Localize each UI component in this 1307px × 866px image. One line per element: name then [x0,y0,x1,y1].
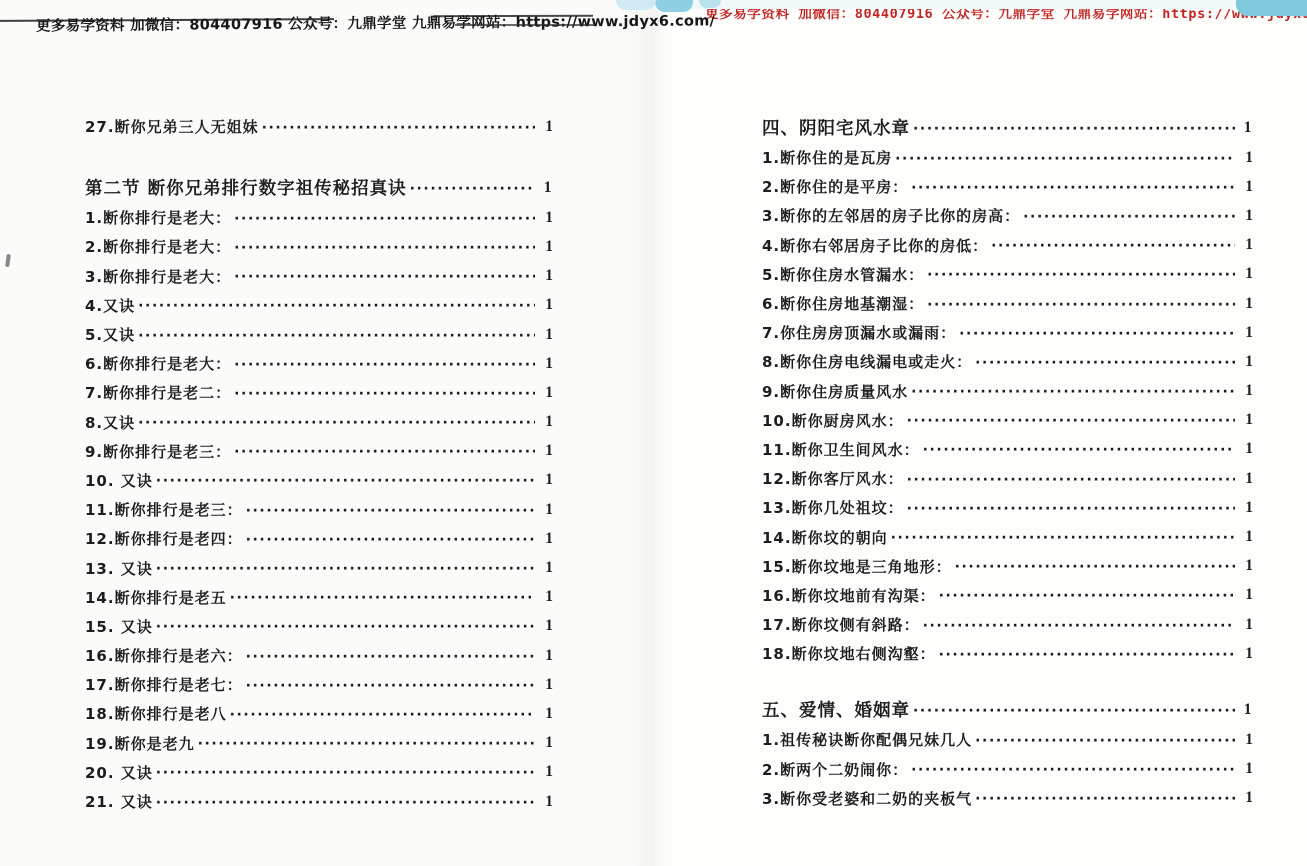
page-number: 1 [1237,528,1253,546]
toc-item: 8.断你住房电线漏电或走火： 1 [762,347,1253,376]
toc-item-label: 11.断你卫生间风水： [762,439,920,460]
page-number: 1 [537,588,553,606]
toc-item: 2.断你住的是平房： 1 [762,172,1253,201]
toc-section-title: 五、爱情、婚姻章 [762,697,910,722]
dot-leader [907,472,1235,488]
toc-item: 13. 又诀 1 [85,553,553,582]
toc-item-label: 12.断你排行是老四： [85,528,243,549]
page-number: 1 [1237,586,1253,604]
toc-item: 16.断你排行是老六： 1 [85,641,553,670]
toc-item-label: 3.断你受老婆和二奶的夹板气 [762,788,972,809]
page-number: 1 [537,179,553,197]
page-number: 1 [1237,207,1253,225]
dot-leader [156,561,535,577]
toc-section-header: 四、阴阳宅风水章 1 [762,112,1253,143]
toc-item: 5.又诀 1 [85,320,553,349]
toc-item-label: 13.断你几处祖坟： [762,497,904,518]
dot-leader [156,619,535,635]
toc-item-label: 11.断你排行是老三： [85,499,243,520]
page-number: 1 [537,384,553,402]
toc-item: 15.断你坟地是三角地形： 1 [762,552,1253,581]
page-number: 1 [537,209,553,227]
dot-leader [156,473,535,489]
scanner-edge-artifact [1236,0,1307,16]
dot-leader [955,559,1235,575]
page-number: 1 [1237,499,1253,517]
toc-item: 1.断你排行是老大： 1 [85,203,553,232]
toc-item-label: 27.断你兄弟三人无姐妹 [85,116,259,137]
dot-leader [246,649,535,665]
page-number: 1 [1237,178,1253,196]
scanned-toc-spread: { "colors": { "header_red": "#c32522", "… [0,0,1307,866]
toc-item: 12.断你排行是老四： 1 [85,524,553,553]
page-number: 1 [1237,411,1253,429]
toc-item: 9.断你住房质量风水 1 [762,377,1253,406]
toc-item: 7.断你排行是老二： 1 [85,378,553,407]
page-number: 1 [537,413,553,431]
toc-item: 12.断你客厅风水： 1 [762,464,1253,493]
page-number: 1 [537,763,553,781]
toc-item-label: 19.断你是老九 [85,733,195,754]
page-number: 1 [1237,701,1253,719]
page-number: 1 [1237,645,1253,663]
toc-item-label: 2.断两个二奶闹你： [762,759,908,780]
dot-leader [991,238,1235,254]
dot-leader [975,355,1235,371]
right-toc-column: 四、阴阳宅风水章 1 1.断你住的是瓦房 1 2.断你住的是平房： 1 3.断你… [762,112,1253,813]
toc-item: 1.断你住的是瓦房 1 [762,143,1253,172]
dot-leader [907,501,1235,517]
toc-item-label: 9.断你排行是老三： [85,441,231,462]
page-number: 1 [537,471,553,489]
toc-item: 21. 又诀 1 [85,787,553,816]
toc-item: 20. 又诀 1 [85,758,553,787]
page-number: 1 [1237,324,1253,342]
toc-item-label: 17.断你排行是老七： [85,674,243,695]
toc-item-label: 12.断你客厅风水： [762,468,904,489]
dot-leader [1023,209,1235,225]
dot-leader [923,618,1235,634]
dot-leader [939,588,1235,604]
toc-item-label: 7.你住房房顶漏水或漏雨： [762,322,956,343]
toc-item: 18.断你排行是老八 1 [85,699,553,728]
dot-leader [246,678,535,694]
toc-item-label: 6.断你住房地基潮湿： [762,293,924,314]
toc-item-list: 1.祖传秘诀断你配偶兄妹几人 1 2.断两个二奶闹你： 1 3.断你受老婆和二奶… [762,725,1253,813]
page-number: 1 [537,442,553,460]
toc-item: 6.断你排行是老大： 1 [85,349,553,378]
page-number: 1 [1237,119,1253,137]
toc-item: 14.断你坟的朝向 1 [762,522,1253,551]
toc-item: 27.断你兄弟三人无姐妹 1 [85,112,553,141]
toc-item: 13.断你几处祖坟： 1 [762,493,1253,522]
toc-item: 9.断你排行是老三： 1 [85,437,553,466]
toc-item: 1.祖传秘诀断你配偶兄妹几人 1 [762,725,1253,754]
page-number: 1 [1237,440,1253,458]
page-number: 1 [537,705,553,723]
toc-item-label: 21. 又诀 [85,791,153,812]
toc-item-label: 14.断你排行是老五 [85,587,227,608]
scanner-edge-artifact [616,0,656,10]
toc-item: 19.断你是老九 1 [85,729,553,758]
dot-leader [230,707,535,723]
toc-item-label: 2.断你排行是老大： [85,236,231,257]
dot-leader [975,791,1235,807]
dot-leader [246,503,535,519]
dot-leader [923,442,1235,458]
toc-item-label: 15. 又诀 [85,616,153,637]
dot-leader [138,298,535,314]
dot-leader [895,151,1235,167]
dot-leader [959,326,1235,342]
toc-item-label: 20. 又诀 [85,762,153,783]
page-number: 1 [1237,353,1253,371]
dot-leader [927,297,1235,313]
toc-item-label: 1.断你排行是老大： [85,207,231,228]
page-number: 1 [1237,731,1253,749]
toc-item-label: 16.断你排行是老六： [85,645,243,666]
dot-leader [198,736,535,752]
page-number: 1 [537,355,553,373]
dot-leader [975,733,1235,749]
page-number: 1 [537,676,553,694]
dot-leader [138,328,535,344]
toc-item: 7.你住房房顶漏水或漏雨： 1 [762,318,1253,347]
dot-leader [911,180,1235,196]
toc-item-label: 8.断你住房电线漏电或走火： [762,351,972,372]
toc-item-label: 10. 又诀 [85,470,153,491]
toc-item: 2.断两个二奶闹你： 1 [762,755,1253,784]
page-number: 1 [537,734,553,752]
toc-section-title: 四、阴阳宅风水章 [762,115,910,140]
toc-item-label: 18.断你排行是老八 [85,703,227,724]
toc-item: 2.断你排行是老大： 1 [85,232,553,261]
dot-leader [246,532,535,548]
toc-item-label: 8.又诀 [85,412,135,433]
page-number: 1 [537,296,553,314]
toc-item: 3.断你的左邻居的房子比你的房高： 1 [762,201,1253,230]
toc-section-header: 五、爱情、婚姻章 1 [762,694,1253,725]
toc-item-label: 17.断你坟侧有斜路： [762,614,920,635]
toc-item-label: 9.断你住房质量风水 [762,381,908,402]
page-number: 1 [537,118,553,136]
left-toc-column: 27.断你兄弟三人无姐妹 1 第二节 断你兄弟排行数字祖传秘招真诀 1 1.断你… [85,112,553,816]
toc-item-label: 18.断你坟地右侧沟壑： [762,643,936,664]
page-number: 1 [1237,470,1253,488]
toc-item: 8.又诀 1 [85,408,553,437]
scanner-edge-artifact [655,0,693,12]
toc-item-label: 14.断你坟的朝向 [762,527,888,548]
toc-item-label: 1.祖传秘诀断你配偶兄妹几人 [762,729,972,750]
page-number: 1 [1237,557,1253,575]
page-number: 1 [1237,760,1253,778]
toc-item: 11.断你排行是老三： 1 [85,495,553,524]
page-number: 1 [537,238,553,256]
page-number: 1 [537,647,553,665]
dot-leader [234,240,535,256]
toc-section-header: 第二节 断你兄弟排行数字祖传秘招真诀 1 [85,172,553,203]
dot-leader [891,530,1235,546]
toc-item: 4.断你右邻居房子比你的房低： 1 [762,231,1253,260]
toc-item-label: 7.断你排行是老二： [85,382,231,403]
toc-item-list: 1.断你排行是老大： 1 2.断你排行是老大： 1 3.断你排行是老大： 1 4… [85,203,553,816]
dot-leader [234,269,535,285]
page-number: 1 [537,530,553,548]
dot-leader [234,211,535,227]
dot-leader [939,647,1235,663]
toc-item-label: 13. 又诀 [85,558,153,579]
toc-item: 3.断你排行是老大： 1 [85,262,553,291]
toc-item: 11.断你卫生间风水： 1 [762,435,1253,464]
page-number: 1 [1237,382,1253,400]
dot-leader [911,384,1235,400]
toc-item-label: 16.断你坟地前有沟渠： [762,585,936,606]
page-number: 1 [1237,789,1253,807]
toc-item-label: 4.断你右邻居房子比你的房低： [762,235,988,256]
toc-item: 4.又诀 1 [85,291,553,320]
dot-leader [234,357,535,373]
dot-leader [907,413,1235,429]
toc-item-list: 1.断你住的是瓦房 1 2.断你住的是平房： 1 3.断你的左邻居的房子比你的房… [762,143,1253,668]
dot-leader [234,444,535,460]
toc-item: 10.断你厨房风水： 1 [762,406,1253,435]
dot-leader [156,765,535,781]
scanner-edge-strip [653,0,1307,9]
dot-leader [913,703,1235,719]
toc-item-label: 15.断你坟地是三角地形： [762,556,952,577]
toc-item: 6.断你住房地基潮湿： 1 [762,289,1253,318]
dot-leader [913,121,1235,137]
page-number: 1 [1237,295,1253,313]
toc-item-label: 10.断你厨房风水： [762,410,904,431]
toc-section-title: 第二节 断你兄弟排行数字祖传秘招真诀 [85,175,407,200]
toc-item: 17.断你排行是老七： 1 [85,670,553,699]
page-number: 1 [537,617,553,635]
toc-item: 16.断你坟地前有沟渠： 1 [762,581,1253,610]
dot-leader [911,762,1235,778]
toc-item-label: 5.断你住房水管漏水： [762,264,924,285]
page-number: 1 [1237,265,1253,283]
toc-item: 10. 又诀 1 [85,466,553,495]
toc-item-label: 3.断你的左邻居的房子比你的房高： [762,205,1020,226]
toc-item-label: 3.断你排行是老大： [85,266,231,287]
toc-item-label: 1.断你住的是瓦房 [762,147,892,168]
toc-item: 18.断你坟地右侧沟壑： 1 [762,639,1253,668]
strike-line [455,24,595,26]
page-number: 1 [1237,236,1253,254]
toc-item-label: 6.断你排行是老大： [85,353,231,374]
toc-item: 3.断你受老婆和二奶的夹板气 1 [762,784,1253,813]
toc-item: 5.断你住房水管漏水： 1 [762,260,1253,289]
dot-leader [410,181,535,197]
toc-item: 14.断你排行是老五 1 [85,583,553,612]
toc-item: 15. 又诀 1 [85,612,553,641]
page-number: 1 [537,326,553,344]
dot-leader [234,386,535,402]
toc-item-label: 4.又诀 [85,295,135,316]
toc-item-label: 5.又诀 [85,324,135,345]
page-number: 1 [1237,149,1253,167]
toc-item-label: 2.断你住的是平房： [762,176,908,197]
page-number: 1 [537,793,553,811]
dot-leader [138,415,535,431]
page-number: 1 [537,267,553,285]
dot-leader [230,590,535,606]
dot-leader [156,795,535,811]
dot-leader [927,267,1235,283]
dot-leader [262,120,535,136]
page-number: 1 [537,559,553,577]
toc-item: 17.断你坟侧有斜路： 1 [762,610,1253,639]
page-number: 1 [1237,616,1253,634]
page-number: 1 [537,501,553,519]
